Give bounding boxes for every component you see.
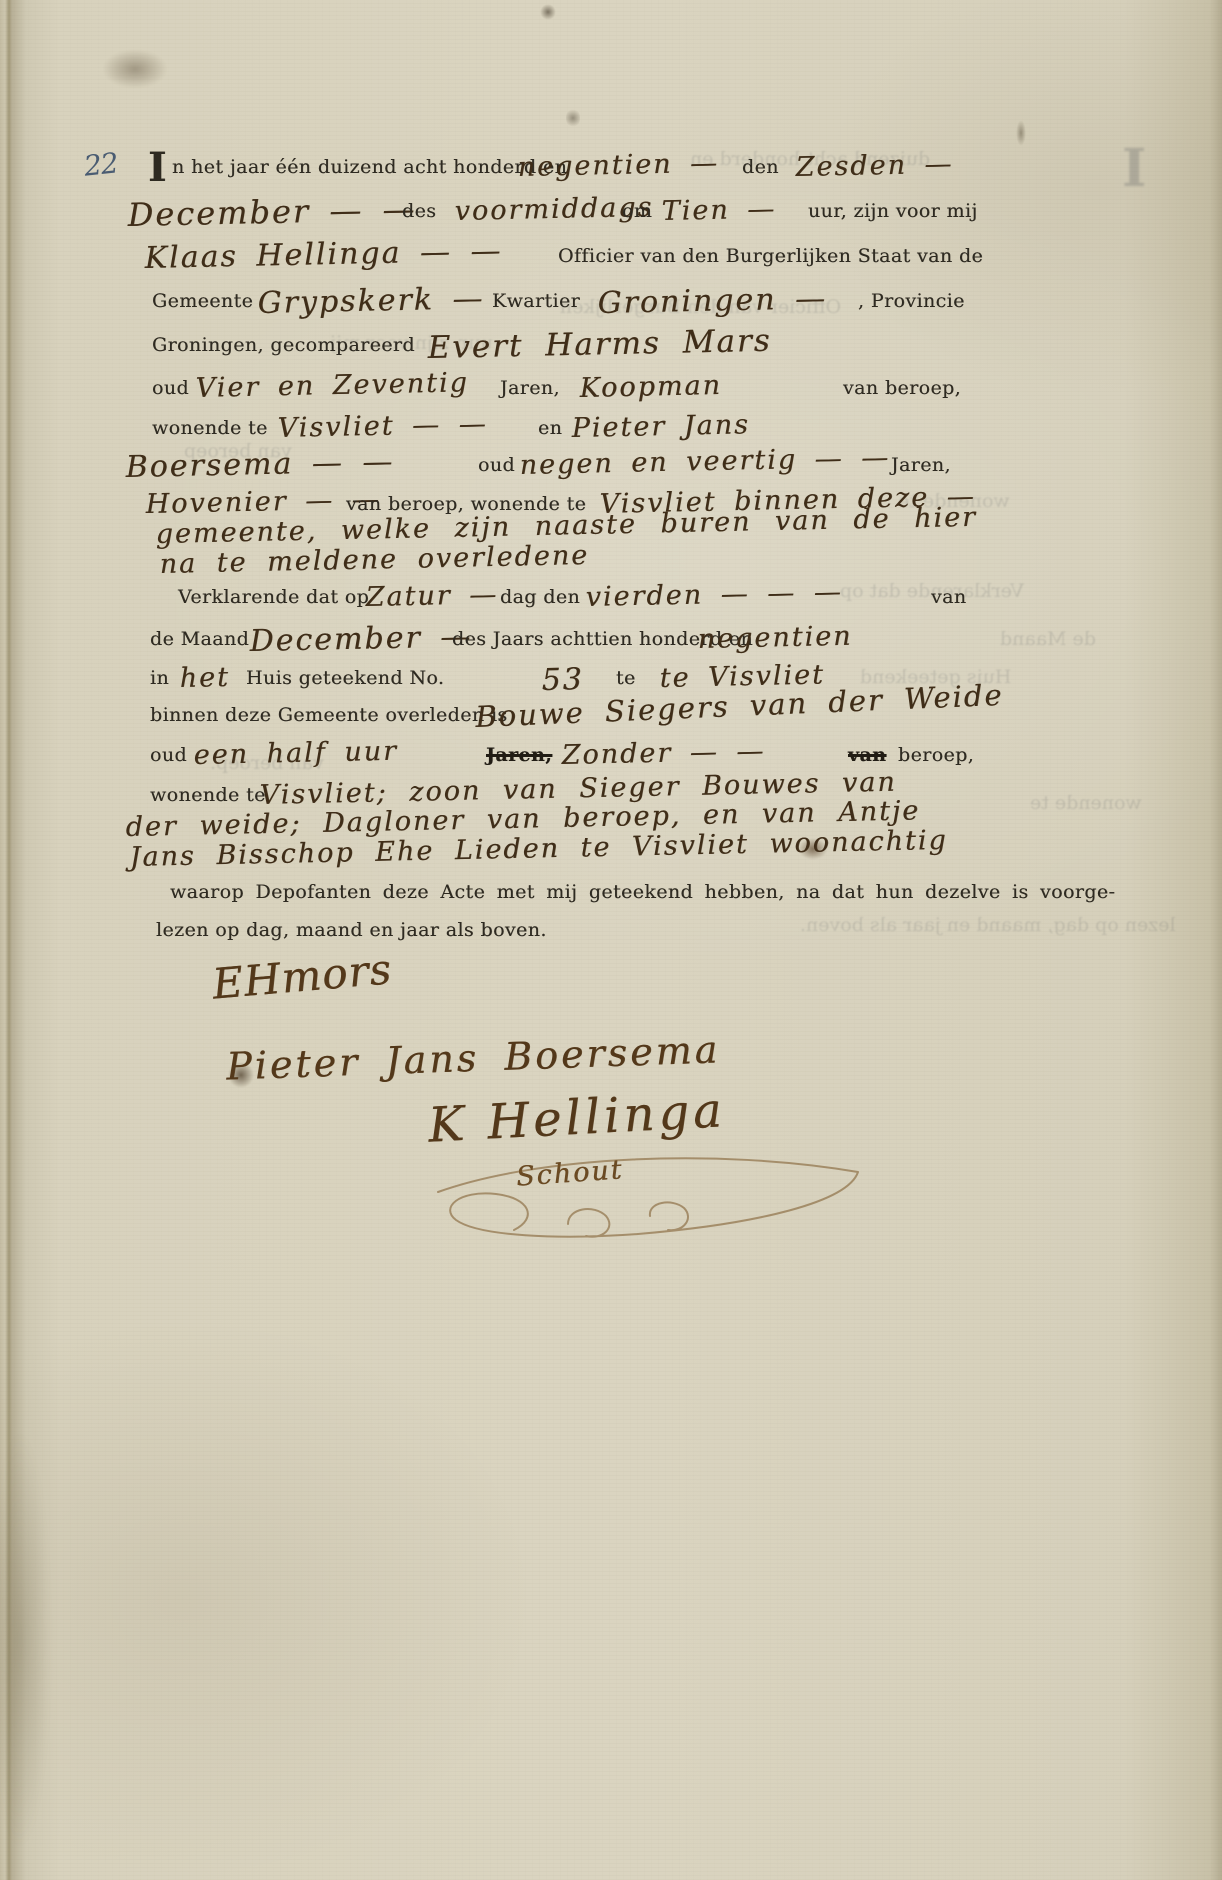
printed-text: lezen op dag, maand en jaar als boven. xyxy=(156,919,547,941)
ink-spot xyxy=(1016,120,1026,146)
handwritten-text: Groningen — xyxy=(597,281,827,321)
printed-text: dag den xyxy=(500,586,580,608)
printed-text: om xyxy=(622,200,652,222)
printed-text: Jaren, xyxy=(500,377,560,399)
printed-text: , Provincie xyxy=(858,290,965,312)
handwritten-text: vierden — — — xyxy=(585,577,843,613)
printed-text: oud xyxy=(478,454,515,476)
handwritten-text: het xyxy=(179,662,230,694)
handwritten-text: Pieter Jans xyxy=(571,409,750,444)
document-line: de MaandDecember —des Jaars achttien hon… xyxy=(0,628,1222,664)
printed-text: beroep, xyxy=(898,744,974,766)
printed-text: Groningen, gecompareerd xyxy=(152,334,415,356)
handwritten-text: 53 xyxy=(541,662,584,698)
printed-text: wonende te xyxy=(152,417,268,439)
printed-text: Gemeente xyxy=(152,290,253,312)
document-page: I duizend acht honderd en uur, zijn voor… xyxy=(0,0,1222,1880)
document-line: binnen deze Gemeente overleden isBouwe S… xyxy=(0,704,1222,740)
document-line: December — —desvoormiddagsomTien —uur, z… xyxy=(0,200,1222,236)
ink-spot xyxy=(566,108,580,128)
handwritten-text: Zatur — xyxy=(365,579,498,613)
handwritten-text: Vier en Zeventig xyxy=(195,367,469,404)
printed-text: Verklarende dat op xyxy=(178,586,369,608)
signature-flourish xyxy=(418,1146,878,1266)
printed-text: Officier van den Burgerlijken Staat van … xyxy=(558,245,983,267)
printed-text: in xyxy=(150,667,169,689)
printed-text: Huis geteekend No. xyxy=(246,667,444,689)
printed-text: de Maand xyxy=(150,628,249,650)
printed-text: Kwartier xyxy=(492,290,580,312)
handwritten-text: Grypskerk — xyxy=(257,281,485,321)
document-line: Klaas Hellinga — —Officier van den Burge… xyxy=(0,245,1222,281)
handwritten-text: Visvliet — — xyxy=(277,409,488,444)
handwritten-text: Koopman xyxy=(579,370,722,404)
document-line: lezen op dag, maand en jaar als boven. xyxy=(0,919,1222,955)
printed-text: van beroep, xyxy=(843,377,961,399)
handwritten-text: een half uur xyxy=(193,736,398,771)
printed-text: wonende te xyxy=(150,784,266,806)
printed-text: oud xyxy=(150,744,187,766)
signature-pieter-jans-boersema: Pieter Jans Boersema xyxy=(225,1027,721,1088)
handwritten-text: Zonder — — xyxy=(561,736,765,771)
printed-text: binnen deze Gemeente overleden is xyxy=(150,704,508,726)
handwritten-text: negen en veertig — — xyxy=(519,442,890,481)
printed-text: oud xyxy=(152,377,189,399)
ink-spot xyxy=(540,4,556,20)
document-line: oudVier en ZeventigJaren,Koopmanvan bero… xyxy=(0,377,1222,413)
signature-k-hellinga: K Hellinga xyxy=(427,1082,727,1154)
document-line: Jans Bisschop Ehe Lieden te Visvliet woo… xyxy=(0,846,1222,882)
printed-text: van xyxy=(931,586,967,608)
printed-text: I xyxy=(148,144,167,191)
handwritten-text: December — — xyxy=(127,190,417,234)
paper-discoloration xyxy=(0,1430,50,1850)
handwritten-text: Tien — xyxy=(661,194,776,227)
document-line: Verklarende dat opZatur —dag denvierden … xyxy=(0,586,1222,622)
printed-text: uur, zijn voor mij xyxy=(808,200,978,222)
printed-text: van xyxy=(848,744,886,766)
document-line: Boersema — —oudnegen en veertig — —Jaren… xyxy=(0,454,1222,490)
signature-role-schout: Schout xyxy=(515,1154,624,1192)
handwritten-text: Boersema — — xyxy=(125,444,394,485)
handwritten-text: negentien — xyxy=(517,148,719,183)
document-line: waarop Depofanten deze Acte met mij gete… xyxy=(0,881,1222,917)
ink-smudge xyxy=(100,48,170,90)
printed-text: Jaren, xyxy=(486,744,552,766)
document-line: Groningen, gecompareerdEvert Harms Mars xyxy=(0,334,1222,370)
printed-text: te xyxy=(616,667,636,689)
document-line: In het jaar één duizend acht honderd enn… xyxy=(0,156,1222,192)
handwritten-text: Zesden — xyxy=(795,149,953,183)
printed-text: Jaren, xyxy=(891,454,951,476)
printed-text: den xyxy=(742,156,779,178)
handwritten-text: negentien xyxy=(697,621,852,655)
handwritten-text: Klaas Hellinga — — xyxy=(144,234,503,276)
document-line: GemeenteGrypskerk —KwartierGroningen —, … xyxy=(0,290,1222,326)
printed-text: des xyxy=(402,200,436,222)
printed-text: n het jaar één duizend acht honderd en xyxy=(172,156,567,178)
printed-text: waarop Depofanten deze Acte met mij gete… xyxy=(170,881,1115,903)
handwritten-text: December — xyxy=(249,619,472,659)
printed-text: en xyxy=(538,417,562,439)
handwritten-text: Evert Harms Mars xyxy=(427,323,772,366)
